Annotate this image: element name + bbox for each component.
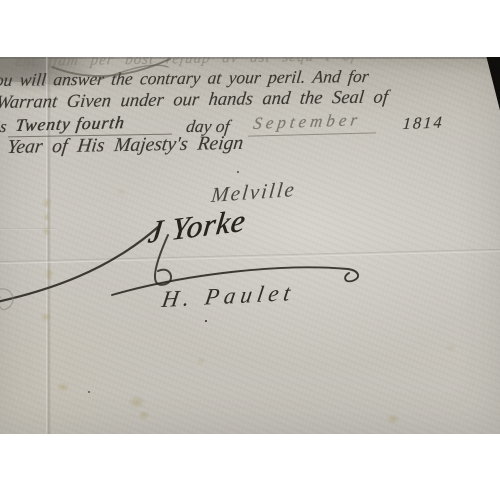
text-line-warrant: Warrant Given under our hands and the Se… [0,87,389,114]
date-year: 1814 [402,113,444,134]
auction-photo-matte: ent ffam per bost refuap av ast sequ t o… [0,0,500,500]
fox-stain [116,188,126,196]
ink-speck [88,391,90,393]
date-day-word: Twenty fourth [14,112,126,136]
fox-stain [128,395,146,409]
text-line-peril: you will answer the contrary at your per… [0,66,370,91]
horizontal-fold-crease [0,249,500,265]
date-month: September [252,110,363,134]
signature-paulet: H. Paulet [160,280,297,313]
fox-stain [44,267,54,281]
fox-stain [386,414,400,424]
document-photo: ent ffam per bost refuap av ast sequ t o… [0,57,500,434]
fox-stain [56,382,70,392]
ink-speck [237,171,239,173]
ink-speck [205,320,207,322]
yorke-diagonal-stroke [0,227,158,303]
pencil-loop-mark [0,289,13,310]
fox-stain [43,212,51,222]
fox-stain [40,312,52,322]
fox-stain [42,225,51,237]
signature-melville: Melville [210,177,297,208]
text-line-regnal-year: Year of His Majesty's Reign [6,133,244,159]
fox-stain [42,197,52,209]
fox-stain [196,357,206,365]
signature-yorke: J Yorke [146,202,248,251]
fox-stain [138,410,150,420]
date-prefix: is [0,117,8,137]
fox-stain [445,343,457,352]
